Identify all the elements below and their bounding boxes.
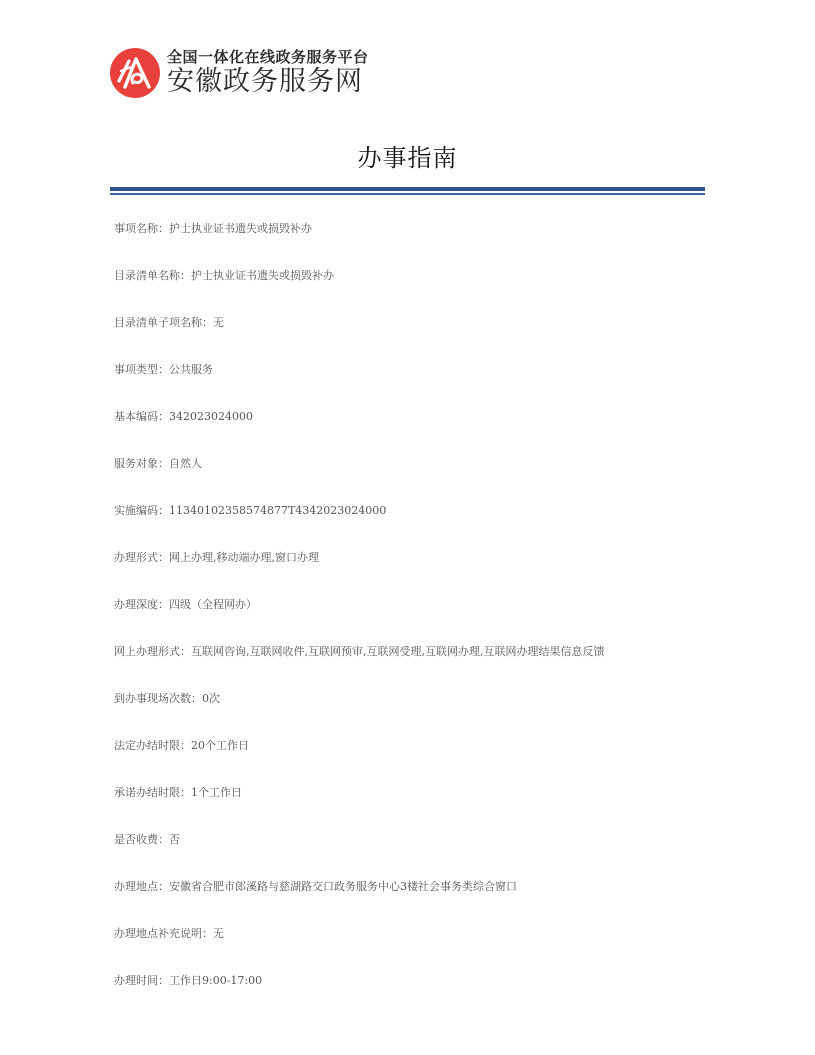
field-value: 工作日9:00-17:00 — [169, 974, 262, 987]
field-catalog-name: 目录清单名称：护士执业证书遗失或损毁补办 — [114, 268, 734, 315]
field-implementation-code: 实施编码：11340102358574877T4342023024000 — [114, 503, 734, 550]
field-label: 事项类型： — [114, 363, 169, 376]
field-label: 实施编码： — [114, 504, 169, 517]
field-value: 安徽省合肥市郎溪路与慈湖路交口政务服务中心3楼社会事务类综合窗口 — [169, 880, 517, 893]
field-value: 四级（全程网办） — [169, 598, 257, 611]
field-label: 办理地点： — [114, 880, 169, 893]
field-item-type: 事项类型：公共服务 — [114, 362, 734, 409]
field-value: 342023024000 — [169, 410, 253, 423]
field-service-target: 服务对象：自然人 — [114, 456, 734, 503]
field-value: 护士执业证书遗失或损毁补办 — [191, 269, 334, 282]
field-value: 1个工作日 — [191, 786, 242, 799]
field-promised-time-limit: 承诺办结时限：1个工作日 — [114, 785, 734, 832]
title-divider-thin — [110, 193, 705, 195]
field-label: 是否收费： — [114, 833, 169, 846]
field-handling-form: 办理形式：网上办理,移动端办理,窗口办理 — [114, 550, 734, 597]
field-label: 目录清单名称： — [114, 269, 191, 282]
field-value: 自然人 — [169, 457, 202, 470]
field-onsite-visits: 到办事现场次数：0次 — [114, 691, 734, 738]
anhui-gov-service-logo-icon — [109, 47, 161, 99]
field-label: 办理形式： — [114, 551, 169, 564]
field-value: 无 — [213, 927, 224, 940]
field-value: 无 — [213, 316, 224, 329]
field-label: 服务对象： — [114, 457, 169, 470]
field-label: 目录清单子项名称： — [114, 316, 213, 329]
field-value: 公共服务 — [169, 363, 213, 376]
field-label: 基本编码： — [114, 410, 169, 423]
document-title: 办事指南 — [0, 143, 815, 173]
field-label: 办理地点补充说明： — [114, 927, 213, 940]
field-label: 到办事现场次数： — [114, 692, 202, 705]
field-fee: 是否收费：否 — [114, 832, 734, 879]
field-label: 事项名称： — [114, 222, 169, 235]
field-location: 办理地点：安徽省合肥市郎溪路与慈湖路交口政务服务中心3楼社会事务类综合窗口 — [114, 879, 734, 926]
field-label: 承诺办结时限： — [114, 786, 191, 799]
field-value: 0次 — [202, 692, 220, 705]
field-online-handling-form: 网上办理形式：互联网咨询,互联网收件,互联网预审,互联网受理,互联网办理,互联网… — [114, 644, 734, 691]
logo-subtitle: 全国一体化在线政务服务平台 — [167, 48, 369, 66]
field-item-name: 事项名称：护士执业证书遗失或损毁补办 — [114, 221, 734, 268]
field-office-hours: 办理时间：工作日9:00-17:00 — [114, 973, 734, 1020]
field-value: 网上办理,移动端办理,窗口办理 — [169, 551, 319, 564]
title-divider-thick — [110, 187, 705, 191]
field-handling-depth: 办理深度：四级（全程网办） — [114, 597, 734, 644]
site-logo: 全国一体化在线政务服务平台 安徽政务服务网 — [109, 47, 369, 99]
field-basic-code: 基本编码：342023024000 — [114, 409, 734, 456]
field-value: 否 — [169, 833, 180, 846]
field-label: 法定办结时限： — [114, 739, 191, 752]
field-value: 护士执业证书遗失或损毁补办 — [169, 222, 312, 235]
field-value: 11340102358574877T4342023024000 — [169, 504, 386, 517]
field-catalog-subitem: 目录清单子项名称：无 — [114, 315, 734, 362]
field-label: 网上办理形式： — [114, 645, 191, 658]
logo-title: 安徽政务服务网 — [167, 66, 369, 98]
logo-text: 全国一体化在线政务服务平台 安徽政务服务网 — [167, 48, 369, 98]
field-value: 20个工作日 — [191, 739, 249, 752]
guide-field-list: 事项名称：护士执业证书遗失或损毁补办 目录清单名称：护士执业证书遗失或损毁补办 … — [114, 221, 734, 1020]
field-location-note: 办理地点补充说明：无 — [114, 926, 734, 973]
field-label: 办理深度： — [114, 598, 169, 611]
field-label: 办理时间： — [114, 974, 169, 987]
field-legal-time-limit: 法定办结时限：20个工作日 — [114, 738, 734, 785]
field-value: 互联网咨询,互联网收件,互联网预审,互联网受理,互联网办理,互联网办理结果信息反… — [191, 645, 604, 658]
